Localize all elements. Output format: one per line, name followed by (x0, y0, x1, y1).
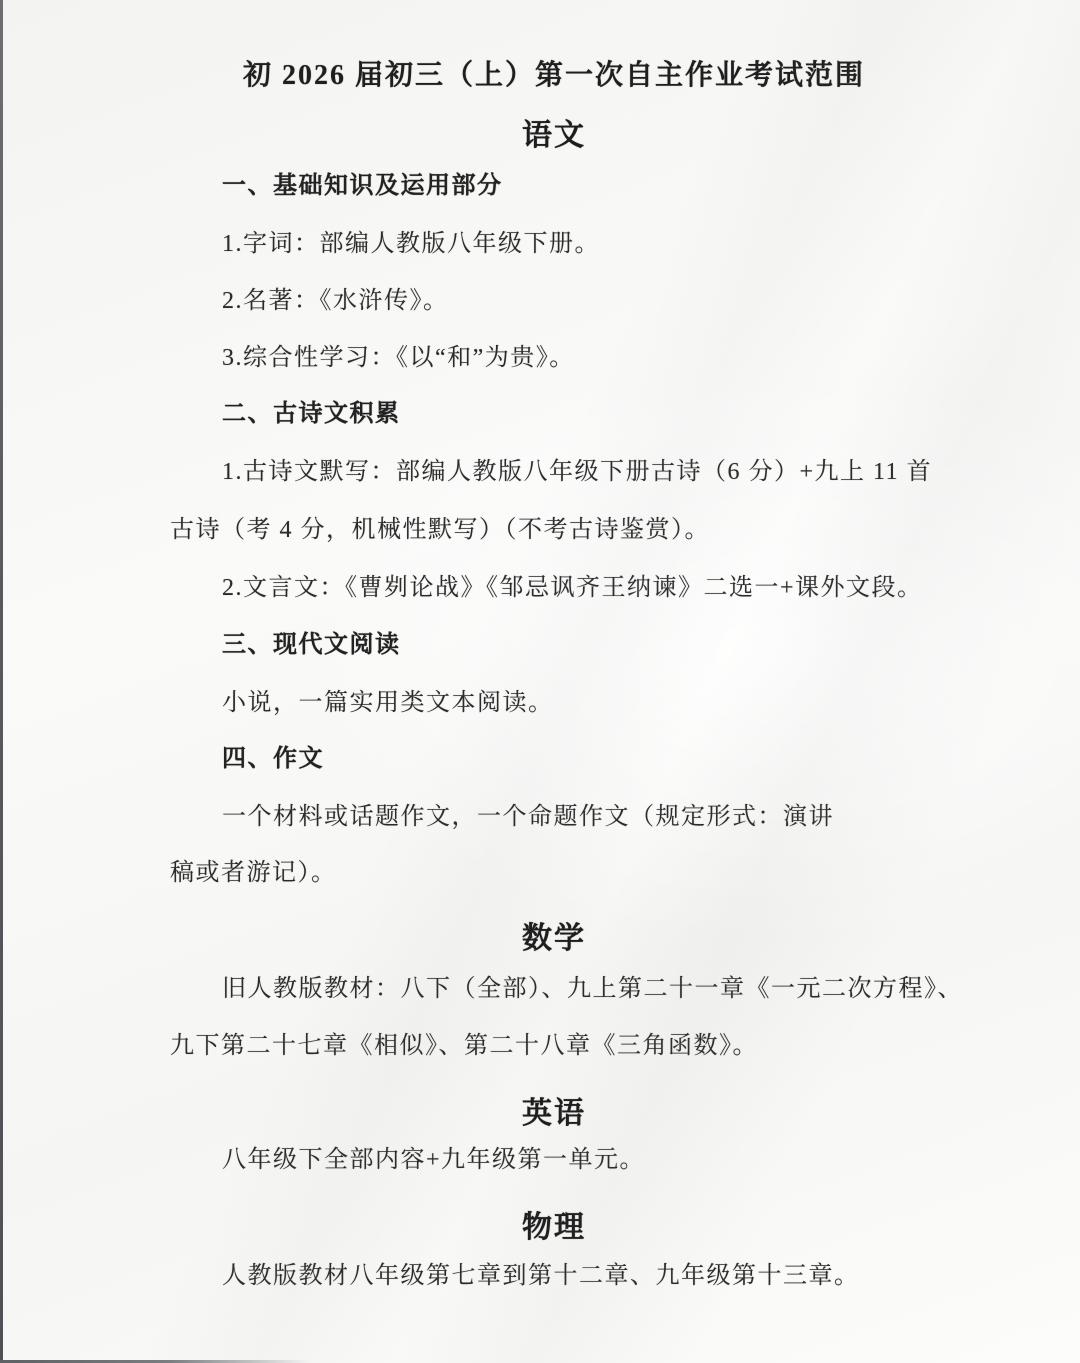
doc-line-novel: 2.名著：《水浒传》。 (222, 287, 449, 316)
doc-line-words: 1.字词：部编人教版八年级下册。 (222, 230, 600, 259)
subject-heading-chinese: 语文 (0, 110, 1080, 154)
doc-line-classical-prose: 2.文言文：《曹刿论战》《邹忌讽齐王纳谏》二选一+课外文段。 (222, 574, 923, 603)
subject-heading-math: 数学 (0, 913, 1080, 957)
section-heading-basics: 一、基础知识及运用部分 (222, 172, 503, 201)
subject-heading-english: 英语 (0, 1088, 1080, 1132)
section-heading-modern-reading: 三、现代文阅读 (222, 631, 401, 660)
doc-line-modern-reading: 小说，一篇实用类文本阅读。 (222, 689, 554, 718)
doc-line-math-1: 旧人教版教材：八下（全部）、九上第二十一章《一元二次方程》、 (222, 975, 963, 1004)
doc-line-composition-2: 稿或者游记）。 (170, 859, 337, 888)
doc-line-composition-1: 一个材料或话题作文，一个命题作文（规定形式：演讲 (222, 803, 834, 832)
doc-line-poetry-dictation-2: 古诗（考 4 分，机械性默写）（不考古诗鉴赏）。 (170, 516, 710, 545)
subject-heading-physics: 物理 (0, 1202, 1080, 1246)
photo-left-edge (0, 0, 3, 1363)
doc-line-physics: 人教版教材八年级第七章到第十二章、九年级第十三章。 (222, 1262, 860, 1291)
page-title: 初 2026 届初三（上）第一次自主作业考试范围 (0, 53, 1080, 93)
doc-line-poetry-dictation-1: 1.古诗文默写：部编人教版八年级下册古诗（6 分）+九上 11 首 (222, 458, 932, 487)
doc-line-comprehensive-study: 3.综合性学习：《以“和”为贵》。 (222, 344, 575, 373)
doc-line-math-2: 九下第二十七章《相似》、第二十八章《三角函数》。 (170, 1032, 758, 1061)
section-heading-composition: 四、作文 (222, 745, 324, 774)
section-heading-classical-poetry: 二、古诗文积累 (222, 400, 401, 429)
document-page: 初 2026 届初三（上）第一次自主作业考试范围 语文 一、基础知识及运用部分 … (0, 0, 1080, 1363)
doc-line-english: 八年级下全部内容+九年级第一单元。 (222, 1146, 645, 1175)
